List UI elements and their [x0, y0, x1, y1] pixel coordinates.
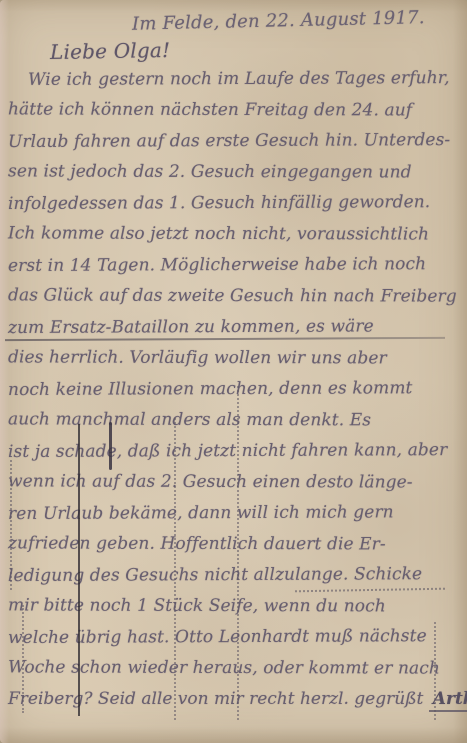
- letter-line: Wie ich gestern noch im Laufe des Tages …: [8, 63, 463, 96]
- salutation: Liebe Olga!: [50, 38, 171, 64]
- letter-line: Woche schon wieder heraus, oder kommt er…: [8, 652, 463, 684]
- closing-line: Freiberg? Seid alle von mir recht herzl.…: [8, 684, 463, 715]
- letter-line: dies herrlich. Vorläufig wollen wir uns …: [8, 342, 463, 374]
- letter-line: ledigung des Gesuchs nicht allzulange. S…: [8, 559, 463, 592]
- letter-line: infolgedessen das 1. Gesuch hinfällig ge…: [8, 187, 463, 220]
- letter-line: das Glück auf das zweite Gesuch hin nach…: [8, 280, 463, 312]
- letter-line: ren Urlaub bekäme, dann will ich mich ge…: [8, 497, 463, 530]
- letter-line: auch manchmal anders als man denkt. Es: [8, 404, 463, 436]
- closing-text: Freiberg? Seid alle von mir recht herzl.…: [8, 689, 423, 709]
- letter-line: ist ja schade, daß ich jetzt nicht fahre…: [8, 435, 463, 468]
- letter-lines: Wie ich gestern noch im Laufe des Tages …: [8, 64, 463, 684]
- dateline: Im Felde, den 22. August 1917.: [132, 6, 462, 34]
- letter-line: Urlaub fahren auf das erste Gesuch hin. …: [8, 125, 463, 158]
- letter-line: wenn ich auf das 2. Gesuch einen desto l…: [8, 466, 463, 498]
- letter-line: zum Ersatz-Bataillon zu kommen, es wäre: [8, 311, 463, 344]
- letter-line: zufrieden geben. Hoffentlich dauert die …: [8, 528, 463, 560]
- signature: Arthur.: [429, 689, 467, 712]
- postcard-letter: Im Felde, den 22. August 1917. Liebe Olg…: [0, 0, 467, 743]
- letter-line: noch keine Illusionen machen, denn es ko…: [8, 373, 463, 406]
- letter-line: Ich komme also jetzt noch nicht, vorauss…: [8, 218, 463, 250]
- letter-body: Wie ich gestern noch im Laufe des Tages …: [8, 64, 463, 715]
- letter-line: sen ist jedoch das 2. Gesuch eingegangen…: [8, 156, 463, 188]
- letter-line: hätte ich können nächsten Freitag den 24…: [8, 94, 463, 126]
- letter-line: mir bitte noch 1 Stück Seife, wenn du no…: [8, 590, 463, 622]
- letter-line: welche übrig hast. Otto Leonhardt muß nä…: [8, 621, 463, 654]
- letter-line: erst in 14 Tagen. Möglicherweise habe ic…: [8, 249, 463, 282]
